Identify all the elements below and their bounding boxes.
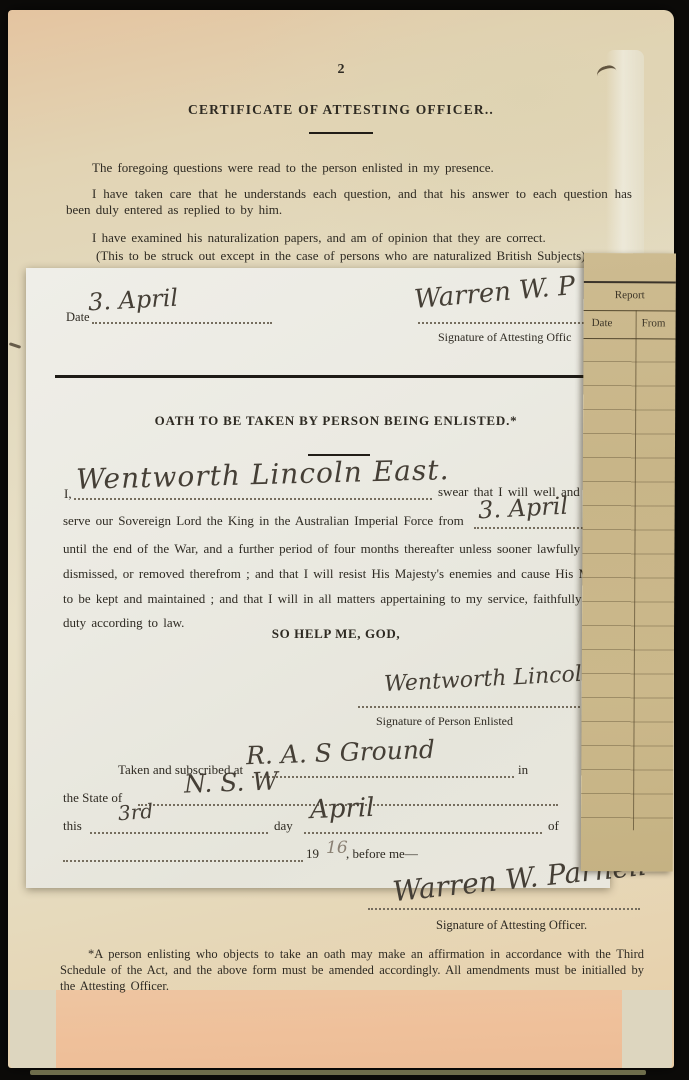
certificate-paragraph-4: (This to be struck out except in the cas…: [96, 248, 632, 264]
oath-line4: dismissed, or removed therefrom ; and th…: [63, 566, 610, 582]
pink-blotter-band: [10, 990, 672, 1068]
taken-line1-dotted: [252, 776, 514, 778]
date-handwritten-value: 3. April: [87, 284, 178, 317]
pink-blotter-paper: [56, 990, 622, 1068]
enlistee-name-handwritten: Wentworth Lincoln East.: [76, 453, 450, 496]
oath-sheet: Date 3. April Warren W. P Signature of A…: [26, 268, 610, 888]
report-slip-title: Report: [584, 289, 676, 301]
certificate-paragraph-3: I have examined his naturalization paper…: [66, 230, 632, 246]
oath-line2-label: serve our Sovereign Lord the King in the…: [63, 513, 464, 529]
taken-line2-label: the State of: [63, 790, 122, 806]
oath-date-handwritten: 3. April: [477, 492, 568, 525]
person-signature-caption: Signature of Person Enlisted: [376, 714, 513, 729]
title-rule: [309, 132, 373, 134]
page-number: 2: [8, 62, 674, 78]
taken-month-handwritten: April: [309, 793, 374, 825]
certificate-title: CERTIFICATE OF ATTESTING OFFICER..: [8, 102, 674, 118]
section-divider-rule: [55, 375, 610, 378]
taken-place-handwritten: R. A. S Ground: [246, 735, 436, 771]
certificate-section: 2 CERTIFICATE OF ATTESTING OFFICER.. The…: [8, 10, 674, 270]
taken-line3-dotted1: [90, 832, 268, 834]
report-slip-from-header: From: [642, 317, 666, 329]
officer-signature-caption-top: Signature of Attesting Offic: [438, 330, 571, 345]
taken-line3-suffix: of: [548, 818, 559, 834]
taken-line3-label1: this: [63, 818, 82, 834]
taken-day-handwritten: 3rd: [117, 799, 154, 825]
certificate-paragraph-1: The foregoing questions were read to the…: [66, 160, 632, 176]
taken-line4-dotted: [63, 860, 303, 862]
taken-year-handwritten: 16: [326, 838, 348, 858]
oath-line3: until the end of the War, and a further …: [63, 541, 610, 557]
taken-line4-prefix: 19: [306, 846, 319, 862]
bottom-page-edge: [30, 1070, 646, 1075]
oath-i-label: I,: [64, 486, 72, 502]
attesting-officer-signature-top: Warren W. P: [413, 271, 576, 315]
taken-line3-dotted2: [304, 832, 542, 834]
slip-top-rule: [584, 281, 676, 283]
taken-line3-label2: day: [274, 818, 293, 834]
name-dotted-line: [74, 498, 432, 500]
date-dotted-line: [92, 322, 272, 324]
so-help-me-god-text: SO HELP ME, GOD,: [56, 626, 610, 642]
person-enlisted-signature: Wentworth Lincoln E: [384, 660, 610, 697]
date-label: Date: [66, 310, 90, 325]
taken-state-handwritten: N. S. W: [184, 766, 279, 798]
person-signature-dotted-line: [358, 706, 608, 708]
report-slip-date-header: Date: [592, 317, 613, 329]
slip-ruled-rows: [581, 338, 676, 833]
taken-line4-suffix: , before me—: [346, 846, 418, 862]
report-slip: Report Date From: [581, 253, 676, 871]
oath-title: OATH TO BE TAKEN BY PERSON BEING ENLISTE…: [56, 413, 610, 429]
certificate-paragraph-2: I have taken care that he understands ea…: [66, 186, 632, 218]
slip-header-rule: [584, 310, 676, 311]
officer-signature-dotted-line: [418, 322, 608, 324]
oath-line5: to be kept and maintained ; and that I w…: [63, 591, 610, 607]
taken-line1-suffix: in: [518, 762, 528, 778]
